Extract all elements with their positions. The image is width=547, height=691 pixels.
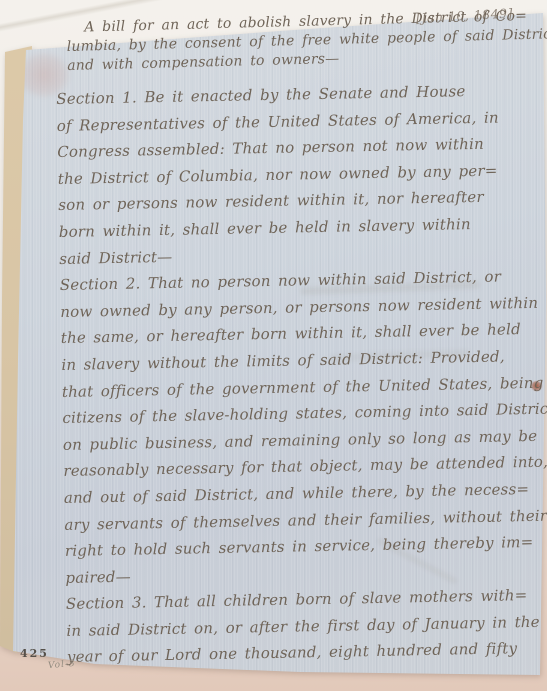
manuscript-body: Section 1. Be it enacted by the Senate a… — [56, 77, 547, 671]
manuscript-photo: [Jan 10, 1849] A bill for an act to abol… — [0, 0, 547, 691]
page-number-stamp: 425 — [20, 647, 49, 660]
